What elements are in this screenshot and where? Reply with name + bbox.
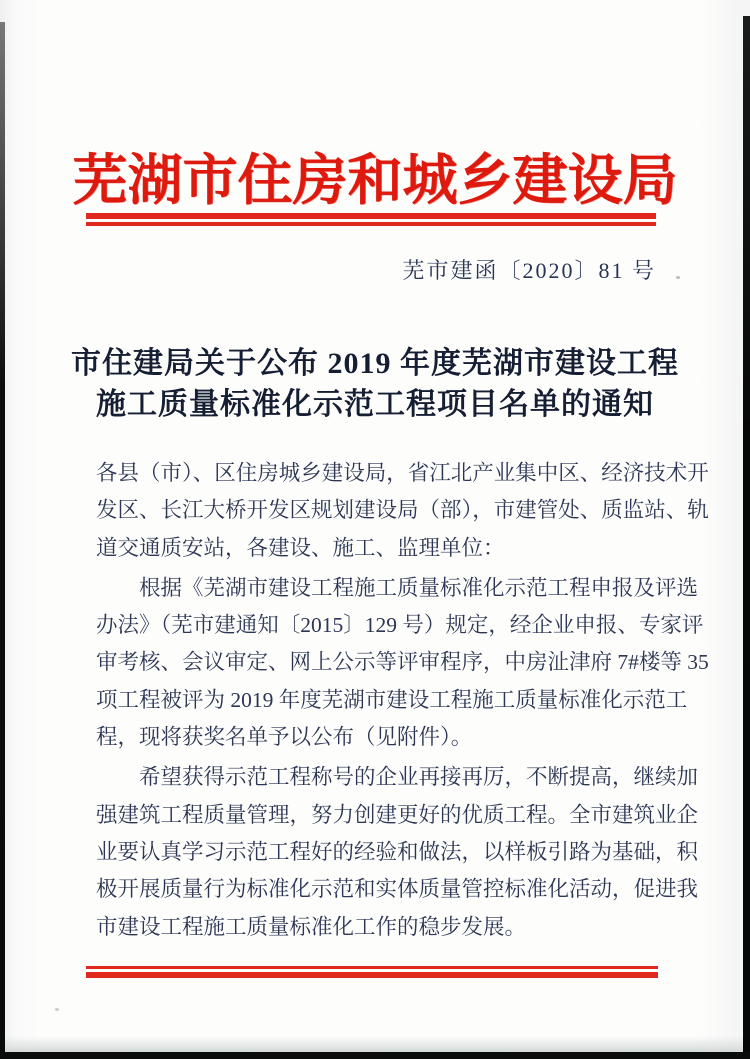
scan-edge-right — [743, 16, 750, 1059]
notice-body: 各县（市）、区住房城乡建设局，省江北产业集中区、经济技术开 发区、长江大桥开发区… — [96, 455, 660, 946]
scan-shadow-bottom — [0, 1036, 750, 1052]
body-line: 希望获得示范工程称号的企业再接再厉，不断提高，继续加 — [96, 759, 660, 796]
paragraph-recipients: 各县（市）、区住房城乡建设局，省江北产业集中区、经济技术开 发区、长江大桥开发区… — [96, 455, 660, 567]
notice-title-line-1: 市住建局关于公布 2019 年度芜湖市建设工程 — [0, 343, 750, 384]
scan-speck — [55, 1008, 59, 1011]
body-line: 市建设工程施工质量标准化工作的稳步发展。 — [96, 909, 660, 946]
letterhead-double-rule — [86, 213, 656, 226]
paragraph-basis: 根据《芜湖市建设工程施工质量标准化示范工程申报及评选 办法》（芜市建通知〔201… — [96, 570, 660, 756]
body-line: 审考核、会议审定、网上公示等评审程序，中房沚津府 7#楼等 35 — [96, 644, 660, 681]
paragraph-expectation: 希望获得示范工程称号的企业再接再厉，不断提高，继续加 强建筑工程质量管理，努力创… — [96, 759, 660, 945]
scan-edge-left — [0, 22, 5, 1059]
letterhead-agency-title: 芜湖市住房和城乡建设局 — [0, 136, 750, 215]
body-line: 办法》（芜市建通知〔2015〕129 号）规定，经企业申报、专家评 — [96, 607, 660, 644]
body-line: 强建筑工程质量管理，努力创建更好的优质工程。全市建筑业企 — [96, 797, 660, 834]
scan-speck — [676, 276, 680, 279]
body-line: 发区、长江大桥开发区规划建设局（部），市建管处、质监站、轨 — [96, 492, 660, 529]
body-line: 极开展质量行为标准化示范和实体质量管控标准化活动，促进我 — [96, 871, 660, 908]
body-line: 道交通质安站，各建设、施工、监理单位： — [96, 530, 660, 567]
body-line: 项工程被评为 2019 年度芜湖市建设工程施工质量标准化示范工 — [96, 682, 660, 719]
body-line: 程，现将获奖名单予以公布（见附件）。 — [96, 719, 660, 756]
body-line: 根据《芜湖市建设工程施工质量标准化示范工程申报及评选 — [96, 570, 660, 607]
document-number: 芜市建函〔2020〕81 号 — [402, 254, 656, 285]
footer-double-rule — [86, 966, 658, 978]
scanned-document-page: 芜湖市住房和城乡建设局 芜市建函〔2020〕81 号 市住建局关于公布 2019… — [0, 0, 750, 1059]
notice-title: 市住建局关于公布 2019 年度芜湖市建设工程 施工质量标准化示范工程项目名单的… — [0, 343, 750, 425]
body-line: 各县（市）、区住房城乡建设局，省江北产业集中区、经济技术开 — [96, 455, 660, 492]
scan-edge-bottom — [0, 1052, 750, 1059]
notice-title-line-2: 施工质量标准化示范工程项目名单的通知 — [0, 384, 750, 425]
body-line: 业要认真学习示范工程好的经验和做法，以样板引路为基础，积 — [96, 834, 660, 871]
